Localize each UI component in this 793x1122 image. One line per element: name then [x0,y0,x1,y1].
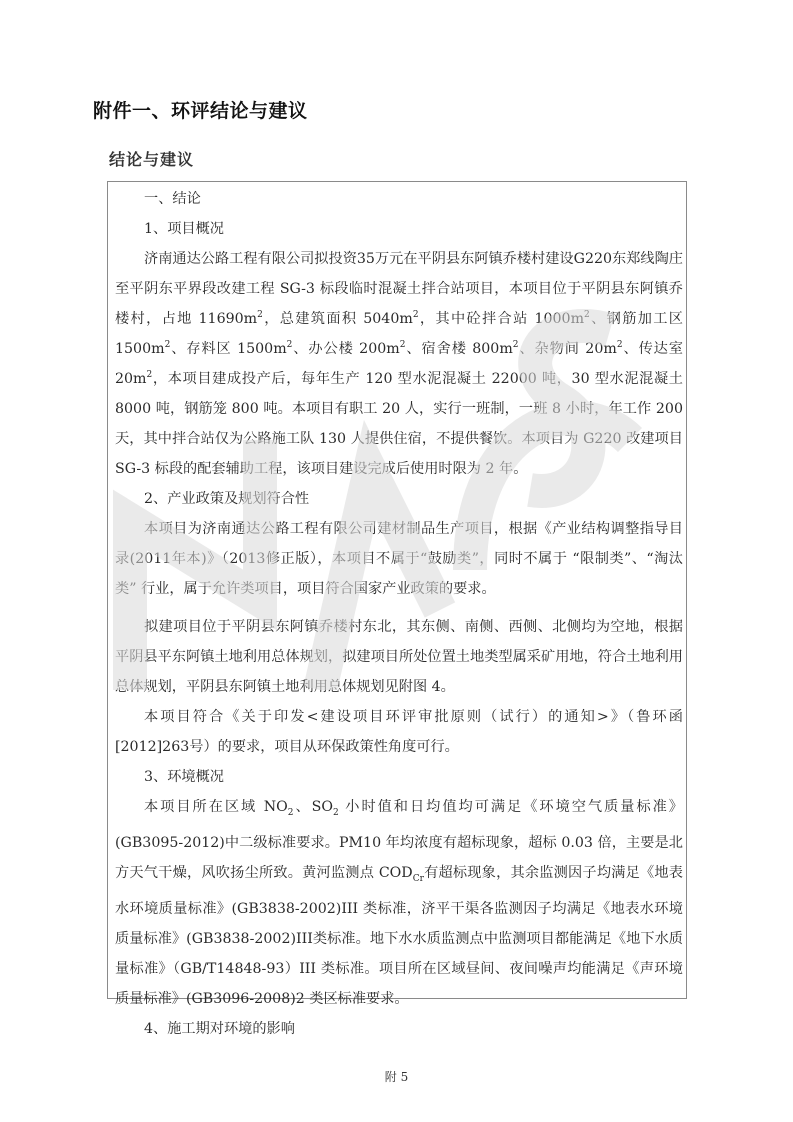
conclusion-content: 一、结论 1、项目概况 济南通达公路工程有限公司拟投资35万元在平阴县东阿镇乔楼… [115,184,683,1044]
paragraph-industrial-policy: 本项目为济南通达公路工程有限公司建材制品生产项目，根据《产业结构调整指导目录(2… [115,514,683,604]
subheading-industrial-policy: 2、产业政策及规划符合性 [115,484,683,514]
section-title: 结论与建议 [109,147,194,170]
paragraph-approval-principles: 本项目符合《关于印发<建设项目环评审批原则（试行）的通知>》（鲁环函[2012]… [115,702,683,762]
subheading-project-overview: 1、项目概况 [115,214,683,244]
page-number: 附 5 [0,1068,793,1085]
subheading-construction-impact: 4、施工期对环境的影响 [115,1014,683,1044]
heading-conclusion: 一、结论 [115,184,683,214]
subheading-environment-overview: 3、环境概况 [115,762,683,792]
paragraph-environment-overview: 本项目所在区域 NO2、SO2 小时值和日均值均可满足《环境空气质量标准》(GB… [115,792,683,1014]
paragraph-land-planning: 拟建项目位于平阴县东阿镇乔楼村东北，其东侧、南侧、西侧、北侧均为空地，根据平阴县… [115,612,683,702]
paragraph-project-overview: 济南通达公路工程有限公司拟投资35万元在平阴县东阿镇乔楼村建设G220东郑线陶庄… [115,244,683,484]
attachment-title: 附件一、环评结论与建议 [93,96,308,123]
